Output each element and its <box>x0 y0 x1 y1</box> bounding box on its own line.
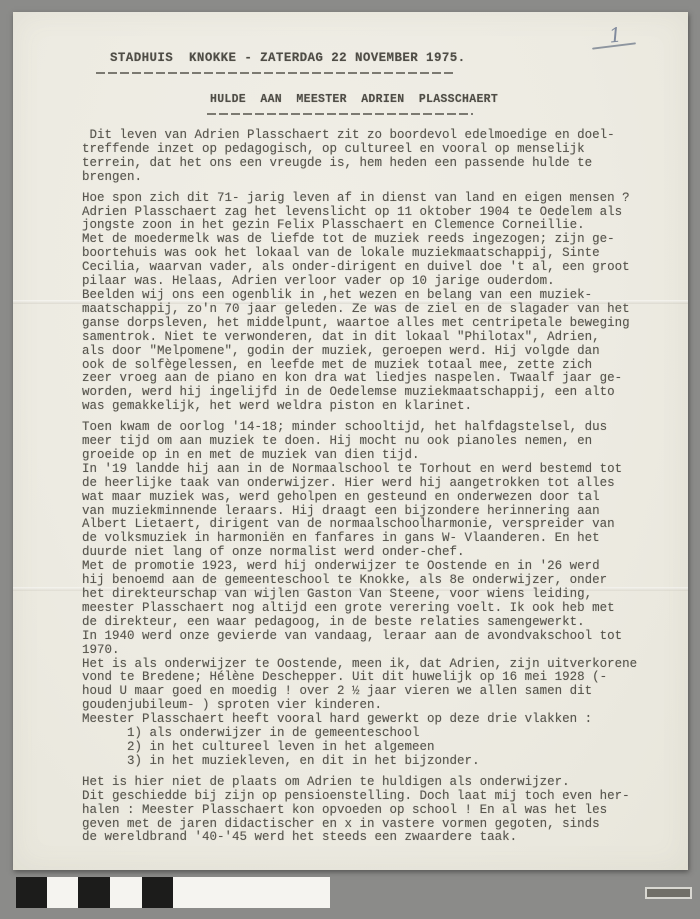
document-title: HULDE AAN MEESTER ADRIEN PLASSCHAERT <box>210 93 498 106</box>
header-typed-underline <box>96 72 456 74</box>
calibration-bar-white <box>173 877 330 908</box>
calibration-square-white <box>47 877 78 908</box>
calibration-square-black <box>78 877 110 908</box>
scanned-document-page: 1 STADHUIS KNOKKE - ZATERDAG 22 NOVEMBER… <box>0 0 700 919</box>
paragraph-closing: Het is hier niet de plaats om Adrien te … <box>82 776 672 846</box>
paragraph-youth: Hoe spon zich dit 71- jarig leven af in … <box>82 192 672 415</box>
document-body: Dit leven van Adrien Plasschaert zit zo … <box>82 129 672 852</box>
document-header: STADHUIS KNOKKE - ZATERDAG 22 NOVEMBER 1… <box>110 51 466 65</box>
calibration-square-black <box>142 877 173 908</box>
scanner-label-tag <box>645 887 692 899</box>
paper-sheet: 1 STADHUIS KNOKKE - ZATERDAG 22 NOVEMBER… <box>13 12 688 870</box>
paragraph-career: Toen kwam de oorlog '14-18; minder schoo… <box>82 421 672 769</box>
title-typed-underline <box>207 113 473 115</box>
paragraph-intro: Dit leven van Adrien Plasschaert zit zo … <box>82 129 672 185</box>
calibration-strip <box>16 877 330 908</box>
calibration-square-white <box>110 877 142 908</box>
calibration-square-black <box>16 877 47 908</box>
